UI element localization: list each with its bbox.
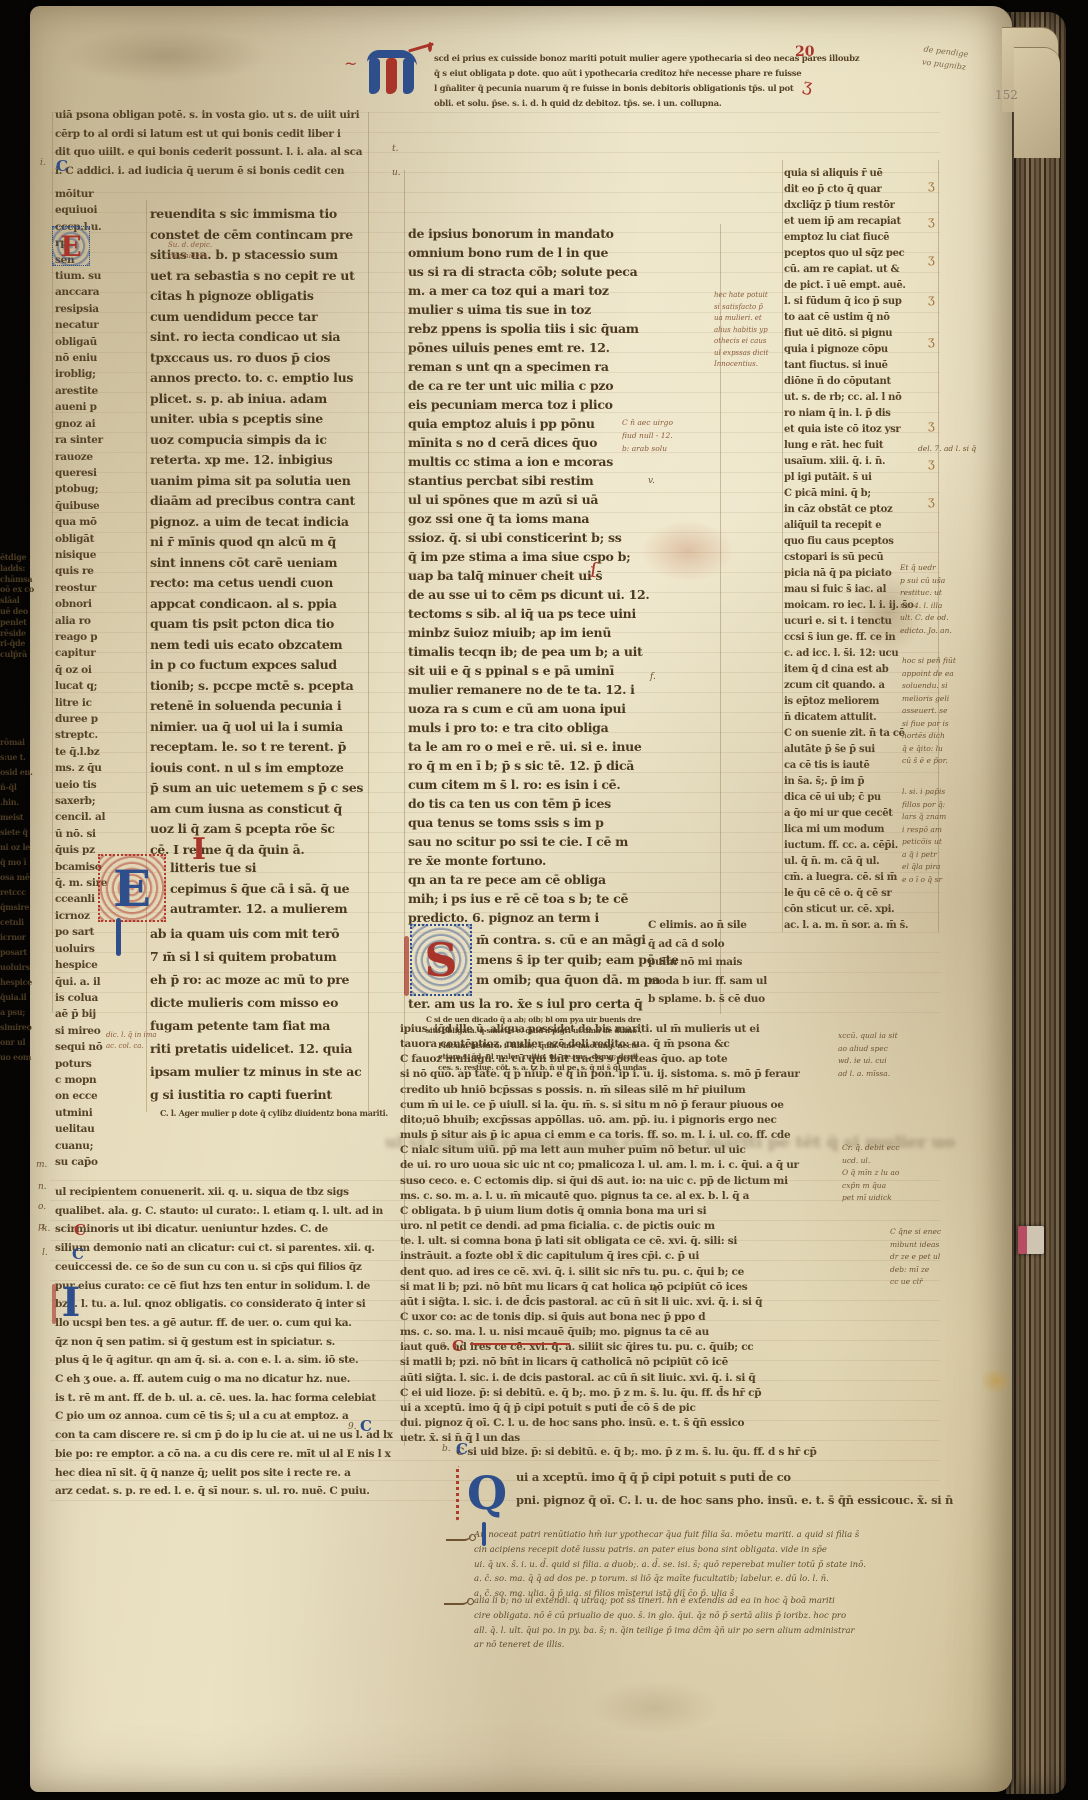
text-line: onr ul	[0, 1035, 52, 1050]
text-line: pur eius curato: ce cē fiut hzs ten entu…	[55, 1277, 413, 1296]
text-line: el q̄la pira	[902, 861, 1004, 874]
text-line: ui. q̄ ux. s̄. i. u. d̄. quid si filia. …	[474, 1558, 1020, 1573]
main-column-1: reuendita s sic immisma tioconstet de cē…	[150, 204, 366, 862]
text-line: reman s unt qn a specimen ra	[408, 357, 718, 376]
text-line: diōne n̄ do cōputant	[784, 374, 936, 390]
text-line: muls p̄ situr ais p̄ ic apua ci emm e ca…	[400, 1128, 1016, 1143]
text-line: nimier. ua q̄ uol ui la i sumia	[150, 717, 366, 738]
text-line: cire obligata. nō ē cū priualio de quo. …	[474, 1609, 1020, 1624]
text-line: C ei uid lioze. p̄: si debitū. e. q̄ b;.…	[400, 1386, 1016, 1401]
text-line: i. C addici. i. ad iudicia q̄ uerum ē si…	[55, 162, 397, 181]
text-line: posart	[0, 945, 52, 960]
monogram-minim	[403, 58, 414, 94]
text-line: aūti sig̃ta. l. sic. i. de dcis pastoral…	[400, 1371, 1016, 1386]
initial-letter: E	[100, 856, 164, 920]
text-line: hespice	[55, 957, 151, 973]
text-line: tpxccaus us. ro duos p̄ cios	[150, 348, 366, 369]
text-line: si matli b; pzi. nō bn̄t in licars q̄ ca…	[400, 1355, 1016, 1370]
text-line: ui a xceptū. imo q̄ q̄ p̄ cipi potuit s …	[400, 1401, 1016, 1416]
main-column-2: de ipsius bonorum in mandatoomnium bono …	[408, 224, 718, 930]
text-line: quam tis psit pcton dica tio	[150, 614, 366, 635]
margin-letter: p.	[38, 1222, 47, 1232]
text-line: othecis ei caus	[714, 336, 792, 348]
text-line: uoza ra s cum e cū am uona ipui	[408, 699, 718, 718]
section-b-intro: C si uid bize. p̄: si debitū. e. q̄ b;. …	[456, 1446, 1014, 1462]
text-line: icrnor	[0, 930, 52, 945]
margin-letter: f.	[650, 672, 656, 682]
rubric-underline	[470, 1343, 570, 1345]
text-line: pni. pignoz q̄ oī. C. l. u. de hoc sans …	[516, 1489, 1016, 1512]
text-line: uetr. x̄. si n̄ q̄ l un das	[400, 1431, 1016, 1446]
marginal-note: Su. d. depic.cū prudem	[168, 240, 242, 266]
initial-q-bottom: Q	[464, 1462, 510, 1524]
text-line: in cāz obstāt ce ptoz	[784, 502, 936, 518]
text-line: ult. C. de od.	[900, 612, 1002, 625]
text-line: all. q̄. l. ult. q̄ui po. in py. ba. s̄;…	[474, 1624, 1020, 1639]
text-line: timalis tecqn ib; de pea um b; a uit	[408, 642, 718, 661]
text-line: to aat cē ustim q̄ nō	[784, 310, 936, 326]
margin-letter: v.	[648, 476, 655, 486]
initial-s-col2: S	[410, 924, 472, 996]
text-line: ms. z q̄u	[55, 760, 151, 776]
text-line: Cr. q̄. debit ecc	[842, 1142, 954, 1155]
text-line: retenē in soluenda pecunia i	[150, 696, 366, 717]
text-line: reago p	[55, 629, 151, 645]
text-line: queresi	[55, 465, 151, 481]
margin-letter: u.	[392, 168, 401, 178]
text-line: e o ī o q̄ sr	[902, 874, 1004, 887]
section-b-text: ui a xceptū. imo q̄ q̄ p̄ cipi potuit s …	[516, 1466, 1016, 1516]
text-line: in p co fuctum expces salud	[150, 655, 366, 676]
text-line: hespice	[0, 975, 52, 990]
text-line: cū s̄ ē e p̄or.	[902, 755, 1004, 768]
text-line: fiut uē ditō. si pignu	[784, 326, 936, 342]
text-line: deb: mī ze	[890, 1264, 996, 1277]
text-line: aueni p	[55, 399, 151, 415]
text-line: q̄ im pze stima a ima siue cspo b;	[408, 547, 718, 566]
text-line: do tis ca ten us con tēm p̄ ices	[408, 794, 718, 813]
text-line: cērp to al ordi si latum est ut qui boni…	[55, 125, 397, 144]
cursive-note: C q̄ne si enecmibunt ideasdr ze e pet ul…	[890, 1226, 996, 1292]
text-line: 7 m̄ si l si quitem probatum	[150, 945, 366, 968]
text-line: Su. d. depic.	[168, 240, 242, 251]
text-line: obligāt	[55, 531, 151, 547]
text-line: c mopn	[55, 1072, 151, 1088]
text-line: pignoz. a uim de tecat indicia	[150, 512, 366, 533]
monogram-flourish	[428, 42, 432, 52]
text-line: m. a mer ca toz qui a mari toz	[408, 281, 718, 300]
text-line: streptc.	[55, 727, 151, 743]
text-line: de pict. ī uē empt. auē.	[784, 278, 936, 294]
text-line: si fiue par is	[902, 718, 1004, 731]
text-line: rēside	[0, 628, 50, 639]
text-line: lars q̄ znam	[902, 811, 1004, 824]
text-line: annos precto. to. c. emptio lus	[150, 368, 366, 389]
text-line: tant fiuctus. si inuē	[784, 358, 936, 374]
paraph-mark-blue: C	[72, 1248, 84, 1260]
cursive-note: Et q̄ uedrp sui cū us̄arestituc. utno. 4…	[900, 562, 1002, 640]
text-line: de ipsius bonorum in mandato	[408, 224, 718, 243]
text-line: hortēs dich	[902, 730, 1004, 743]
initial-tail	[404, 936, 409, 996]
text-line: uoz li q̄ zam s̄ pcepta rōe s̄c	[150, 819, 366, 840]
text-line: cxp̄n m q̄ua	[842, 1180, 954, 1193]
text-line: ui a xceptū. imo q̄ q̄ p̄ cipi potuit s …	[516, 1466, 1016, 1489]
right-inner-gloss: C elimis. ao n̄ sileq̄ ad cā d solopuīm …	[648, 916, 790, 1014]
paraph-mark-red: C	[74, 1224, 86, 1236]
text-line: llo ucspi ben tes. a gē autur. ff. de ue…	[55, 1314, 413, 1333]
text-line: uanim pima sit pa solutia uen	[150, 471, 366, 492]
text-line: alia ro	[55, 613, 151, 629]
text-line: nō eniu	[55, 350, 151, 366]
text-line: saxerb;	[55, 793, 151, 809]
text-line: aē p̄ bij	[55, 1006, 151, 1022]
text-line: uap ba talq̄ minuer cheit ui s̄	[408, 566, 718, 585]
left-edge-fragments: rōmais:ue t.osid en.n̄-q̄l.hin.meistsiet…	[0, 735, 52, 1067]
text-line: plicet. s. p. ab iniua. adam	[150, 389, 366, 410]
text-line: plus q̄ le q̄ agitur. qn am q̄. si. a. c…	[55, 1351, 413, 1370]
text-line: cetnli	[0, 915, 52, 930]
text-line: cepimus s̄ q̄ue cā i sā. q̄ ue	[170, 879, 366, 900]
text-line: receptam. le. so t re terent. p̄	[150, 737, 366, 758]
text-line: C n̄ aec uirgo	[622, 416, 708, 429]
text-line: q̄ui. a. il	[55, 974, 151, 990]
text-line: l. si fūdum q̄ ico p̄ sup	[784, 294, 936, 310]
text-line: sit uii e q̄ s ppinal s e pā uminī	[408, 661, 718, 680]
stain	[60, 28, 270, 83]
text-line: ladds:	[0, 563, 50, 574]
text-line: mulier remanere no de te ta. 12. i	[408, 680, 718, 699]
bookmark-tab	[1018, 1226, 1044, 1254]
text-line: asseuert. se	[902, 705, 1004, 718]
ruling-vertical	[368, 112, 369, 1112]
text-line: reostur	[55, 580, 151, 596]
text-line: cū. am re capiat. ut &	[784, 262, 936, 278]
text-line: minbz s̄uioz miuib; ap im ienū	[408, 623, 718, 642]
text-line: de ca re ter unt uic milia c pzo	[408, 376, 718, 395]
margin-letter: 9.	[348, 1422, 357, 1432]
initial-flourish	[52, 1284, 56, 1324]
cursive-note: Cr. q̄. debit eccucd. ul.O q̄ mīn z lu a…	[842, 1142, 954, 1208]
text-line: pl igi putāit. s̄ ui	[784, 470, 936, 486]
margin-letter: b.	[442, 1444, 451, 1454]
text-line: quia si aliquis r̄ uē	[784, 166, 936, 182]
bracket-flourish: ʒ	[928, 252, 935, 266]
text-line: q̄ oz oi	[55, 662, 151, 678]
text-line: a. c̄. so. ma. q̄ q̄ ad dos pe. p torum.…	[474, 1572, 1020, 1587]
text-line: nem tedi uis ecato obzcatem	[150, 635, 366, 656]
text-line: i respō am	[902, 824, 1004, 837]
text-line: osid en.	[0, 765, 52, 780]
text-line: bie po: re emptor. a cō na. a cu dis cer…	[55, 1445, 413, 1464]
text-line: anccara	[55, 284, 151, 300]
initial-letter: I	[58, 1278, 84, 1326]
text-line: uē deo	[0, 606, 50, 617]
text-line: uet ra sebastia s no cepit re ut	[150, 266, 366, 287]
initial-e-left: E	[52, 226, 90, 266]
text-line: on ecce	[55, 1088, 151, 1104]
text-line: dicte mulieris com misso eo	[150, 991, 366, 1014]
text-line: de au sse ui to cēm ps dicunt ui. 12.	[408, 585, 718, 604]
paraph-mark-red: C	[452, 1340, 464, 1352]
text-line: mih; i ps ius e rē cē toa s b; te cē	[408, 889, 718, 908]
text-line: culp̄rā	[0, 649, 50, 660]
text-line: dr ze e pet ul	[890, 1251, 996, 1264]
text-line: tectoms s sib. al iq̄ ua ps tece uini	[408, 604, 718, 623]
text-line: ri-q̄de	[0, 638, 50, 649]
text-line: osa mē	[0, 870, 52, 885]
text-line: b splame. b. s̄ cē duo	[648, 990, 790, 1009]
text-line: q̄msire	[0, 900, 52, 915]
text-line: ad l. a. mīssa.	[838, 1068, 948, 1081]
text-line: cōn sticut ur. cē. xpi.	[784, 902, 936, 918]
manuscript-photo: ~ scd ei prius ex cuisside bonoz mariti …	[0, 0, 1088, 1800]
pointer-mark-icon	[446, 1532, 472, 1541]
text-line: ac. col. ca.	[106, 1041, 188, 1052]
text-line: quo fiu caus pceptos	[784, 534, 936, 550]
text-line: q̄uia.il	[0, 990, 52, 1005]
text-line: Et q̄ uedr	[900, 562, 1002, 575]
text-line: ro niam q̄ in. l. p̄ dis	[784, 406, 936, 422]
text-line: arz cedat. s. p. re ed. l. e. q̄ sī nour…	[55, 1482, 413, 1501]
text-line: is t. rē m ant. ff. de b. ul. a. cē. ues…	[55, 1389, 413, 1408]
text-line: dito;uō bhuib; excp̄ssas appōllas. uō. a…	[400, 1113, 1016, 1128]
text-line: fiud null - 12.	[622, 429, 708, 442]
text-line: no. 4. l. illa	[900, 600, 1002, 613]
text-line: duree p	[55, 711, 151, 727]
text-line: ao aliud spec	[838, 1043, 948, 1056]
initial-tail	[482, 1522, 486, 1546]
text-line: meist	[0, 810, 52, 825]
text-line: mibunt ideas	[890, 1239, 996, 1252]
text-line: ceuiccessi de. ce s̄o de sun cu con u. s…	[55, 1258, 413, 1277]
text-line: .hin.	[0, 795, 52, 810]
text-line: iouis cont. n ul s im emptoze	[150, 758, 366, 779]
initial-letter: S	[412, 926, 470, 994]
stain	[590, 1680, 720, 1735]
text-line: penlet	[0, 617, 50, 628]
text-line: appoint de ea	[902, 668, 1004, 681]
running-header-monogram	[364, 44, 432, 102]
text-line: ro q̄ m en ī b; p̄ s sic tē. 12. p̄ dicā	[408, 756, 718, 775]
text-line: eh p̄ ro: ac moze ac mū to pre	[150, 968, 366, 991]
folio-number: 152	[995, 88, 1018, 102]
text-line: chāmsa	[0, 574, 50, 585]
text-line: a psu;	[0, 1005, 52, 1020]
text-line: l. si. i pap̄is	[902, 786, 1004, 799]
addendum-note-1: An noceat patri renūtiatio hm̄ iur ypoth…	[474, 1528, 1020, 1604]
text-line: aūt i sig̃ta. l. sic. i. de d̄cis pastor…	[400, 1295, 1016, 1310]
text-line: uiā psona obligan potē. s. in vosta gio.…	[55, 106, 397, 125]
text-line: dic. l. q̄ in ima	[106, 1030, 188, 1041]
text-line: pceptos quo ul sq̄z pec	[784, 246, 936, 262]
text-line: mōitur	[55, 186, 151, 202]
text-line: C q̄ne si enec	[890, 1226, 996, 1239]
text-line: emptoz lu ciat fiucē	[784, 230, 936, 246]
text-line: ul recipientem conuenerit. xii. q. u. si…	[55, 1183, 413, 1202]
text-line: autramter. 12. a mulierem	[170, 899, 366, 920]
text-line: alius habitis yp	[714, 325, 792, 337]
text-line: s:ue t.	[0, 750, 52, 765]
margin-letter: l.	[42, 1248, 48, 1258]
text-line: aliq̄uil ta recepit e	[784, 518, 936, 534]
text-line: q̄z non q̄ sen patim. si q̄ gestum est i…	[55, 1333, 413, 1352]
text-line: restituc. ut	[900, 587, 1002, 600]
text-line: reuendita s sic immisma tio	[150, 204, 366, 225]
bracket-flourish: ʒ	[928, 214, 935, 228]
text-line: wd. ie ui. cui	[838, 1055, 948, 1068]
bracket-flourish: ʒ	[928, 334, 935, 348]
text-line: moda b iur. ff. sam ul	[648, 972, 790, 991]
text-line: cin acipiens recepit dotē iussu patris. …	[474, 1543, 1020, 1558]
text-line: q̄ s eiut obligata p dote. quo aūt i ypo…	[434, 67, 866, 82]
text-line: recto: ma cetus uendi cuon	[150, 573, 366, 594]
text-line: arestite	[55, 383, 151, 399]
left-gloss-column: mōiturequiuoicccp.l.u.rpsentium. suancca…	[55, 186, 151, 1176]
initial-tail	[116, 918, 121, 956]
text-line: O q̄ mīn z lu ao	[842, 1167, 954, 1180]
cursive-note: hoc si pen̄ fiūtappoint de easoluendu. s…	[902, 655, 1004, 773]
text-line: cuanu;	[55, 1138, 151, 1154]
margin-letter: m.	[36, 1160, 47, 1170]
text-line: litre ic	[55, 695, 151, 711]
text-line: ul expssas dicit	[714, 348, 792, 360]
text-line: dit quo uiilt. e qui bonis cederit possu…	[55, 143, 397, 162]
text-line: obli. et solu. p̄se. s. i. d. h quid dz …	[434, 97, 866, 112]
text-line: pet mī uidick	[842, 1192, 954, 1205]
text-line: ueio tis	[55, 777, 151, 793]
bottom-left-column: ul recipientem conuenerit. xii. q. u. si…	[55, 1183, 413, 1505]
text-line: re x̄e monte fortuno.	[408, 851, 718, 870]
text-line: rōmai	[0, 735, 52, 750]
text-line: C eh ʒ oue. a. ff. autem cuig o ma no di…	[55, 1370, 413, 1389]
text-line: p̄ sum an uic uetemem s p̄ c ses	[150, 778, 366, 799]
text-line: hec diea nī sit. q̄ q̄ nanze q̄; uelit p…	[55, 1464, 413, 1483]
text-line: ac. l. a. m. n̄ sor. a. m̄ s̄.	[784, 918, 936, 934]
left-edge-fragments: ētdigeladds:chāmsaoō ex coslāaluē deopen…	[0, 552, 50, 660]
bracket-flourish: ʒ	[928, 418, 935, 432]
initial-i-bottom: I	[58, 1278, 84, 1326]
text-line: eis pecuniam merca toz i plico	[408, 395, 718, 414]
main-column-1-lower: ab ia quam uis com mit terō7 m̄ si l si …	[150, 922, 366, 1108]
paraph-mark-blue: C	[56, 160, 68, 172]
text-line: qua tenus se toms ssis s im p	[408, 813, 718, 832]
text-line: soluendu. si	[902, 680, 1004, 693]
text-line: ipsam mulier tz minus in ste ac	[150, 1060, 366, 1083]
monogram-minim	[369, 58, 380, 94]
text-line: fillos por q̄:	[902, 799, 1004, 812]
stacked-page-corner	[1014, 48, 1060, 158]
text-line: cencil. al	[55, 809, 151, 825]
text-line: et quia iste cō itoz ysr	[784, 422, 936, 438]
book-fore-edge-stack	[1006, 12, 1066, 1794]
text-line: scirminoris ut ibi dicatur. ueniuntur hz…	[55, 1220, 413, 1239]
text-line: appcat condicaon. al s. ppia	[150, 594, 366, 615]
text-line: po sart	[55, 924, 151, 940]
text-line: gnoz ai	[55, 416, 151, 432]
text-line: iroblig;	[55, 366, 151, 382]
paraph-mark-blue: C	[360, 1420, 372, 1432]
text-line: siete q̄	[0, 825, 52, 840]
text-line: quis re	[55, 563, 151, 579]
text-line: sau no scitur po ssi te cie. I cē m	[408, 832, 718, 851]
text-line: am cum iusna as consticut q̄	[150, 799, 366, 820]
text-line: oō ex co	[0, 584, 50, 595]
monogram-minim	[386, 58, 397, 94]
text-line: ētdige	[0, 552, 50, 563]
margin-letter: t.	[392, 144, 398, 154]
text-line: ut. s. de rb; cc. al. l nō	[784, 390, 936, 406]
pointer-mark-icon	[444, 1596, 470, 1605]
text-line: quia i pignoze cōpu	[784, 342, 936, 358]
bracket-flourish: ʒ	[928, 494, 935, 508]
text-line: ptobug;	[55, 481, 151, 497]
text-line: mulier s uima tis sue in toz	[408, 300, 718, 319]
text-line: stantius percbat sibi restim	[408, 471, 718, 490]
text-line: diaām ad precibus contra cant	[150, 491, 366, 512]
text-line: alia li b; nō ul extendi. q̄ utraq; pot …	[474, 1594, 1020, 1609]
initial-filigree	[456, 1466, 464, 1522]
text-line: cum uendidum pecce tar	[150, 307, 366, 328]
text-line: simireo	[0, 1020, 52, 1035]
text-line: ssioz. q̄. si ubi consticerint b; ss	[408, 528, 718, 547]
text-line: et uem ip̄ am recapiat	[784, 214, 936, 230]
text-line: muls i pro to: e tra cito obliga	[408, 718, 718, 737]
text-line: ra sinter	[55, 432, 151, 448]
text-line: su cap̄o	[55, 1154, 151, 1170]
text-line: p sui cū us̄a	[900, 575, 1002, 588]
text-line: ta le am ro o mei e rē. ui. si e. inue	[408, 737, 718, 756]
text-line: citas h pignoze obligatis	[150, 286, 366, 307]
text-line: goz ssi one q̄ ta ioms mana	[408, 509, 718, 528]
text-line: necatur	[55, 317, 151, 333]
addendum-note-2: alia li b; nō ul extendi. q̄ utraq; pot …	[474, 1594, 1020, 1656]
text-line: dxcliq̄z p̄ tium restōr	[784, 198, 936, 214]
header-gloss-block: scd ei prius ex cuisside bonoz mariti po…	[434, 52, 866, 116]
text-line: nisique	[55, 547, 151, 563]
text-line: capitur	[55, 645, 151, 661]
text-line: ar nō teneret de illis.	[474, 1638, 1020, 1653]
text-line: ni oz le	[0, 840, 52, 855]
margin-letter: n.	[38, 1182, 47, 1192]
main-column-1-wrap: litteris tue sicepimus s̄ q̄ue cā i sā. …	[170, 858, 366, 920]
text-line: uoluirs	[55, 941, 151, 957]
initial-e-col1: E	[98, 854, 166, 922]
initial-letter: Q	[464, 1462, 510, 1524]
margin-letter: i.	[40, 158, 46, 168]
text-line: dit eo p̄ cto q̄ quar	[784, 182, 936, 198]
text-line: cē. I re me q̄ da q̄uin ā.	[150, 840, 366, 861]
text-line: n̄-q̄l	[0, 780, 52, 795]
header-tilde-flourish: ~	[344, 54, 357, 73]
text-line: ucd. ul.	[842, 1155, 954, 1168]
text-line: qn an ta re pece am cē obliga	[408, 870, 718, 889]
text-line: cum m̄ ui le. ce p̄ uiull. si la. q̄u. m…	[400, 1098, 1016, 1113]
text-line: C elimis. ao n̄ sile	[648, 916, 790, 935]
text-line: ni r̄ mīnis quod qn alcū m q̄	[150, 532, 366, 553]
bracket-flourish: ʒ	[928, 178, 935, 192]
text-line: uoz compucia simpis da ic	[150, 430, 366, 451]
text-line: reterta. xp me. 12. inbigius	[150, 450, 366, 471]
quire-mark: 20	[795, 44, 814, 60]
ruling-vertical	[782, 160, 783, 932]
text-line: te q̄.l.bz	[55, 744, 151, 760]
text-line: uelitau	[55, 1121, 151, 1137]
paraph-mark-blue: C	[456, 1443, 468, 1455]
initial-letter: E	[53, 227, 89, 265]
text-line: us si ra di stracta cōb; solute peca	[408, 262, 718, 281]
text-line: obligaū	[55, 334, 151, 350]
